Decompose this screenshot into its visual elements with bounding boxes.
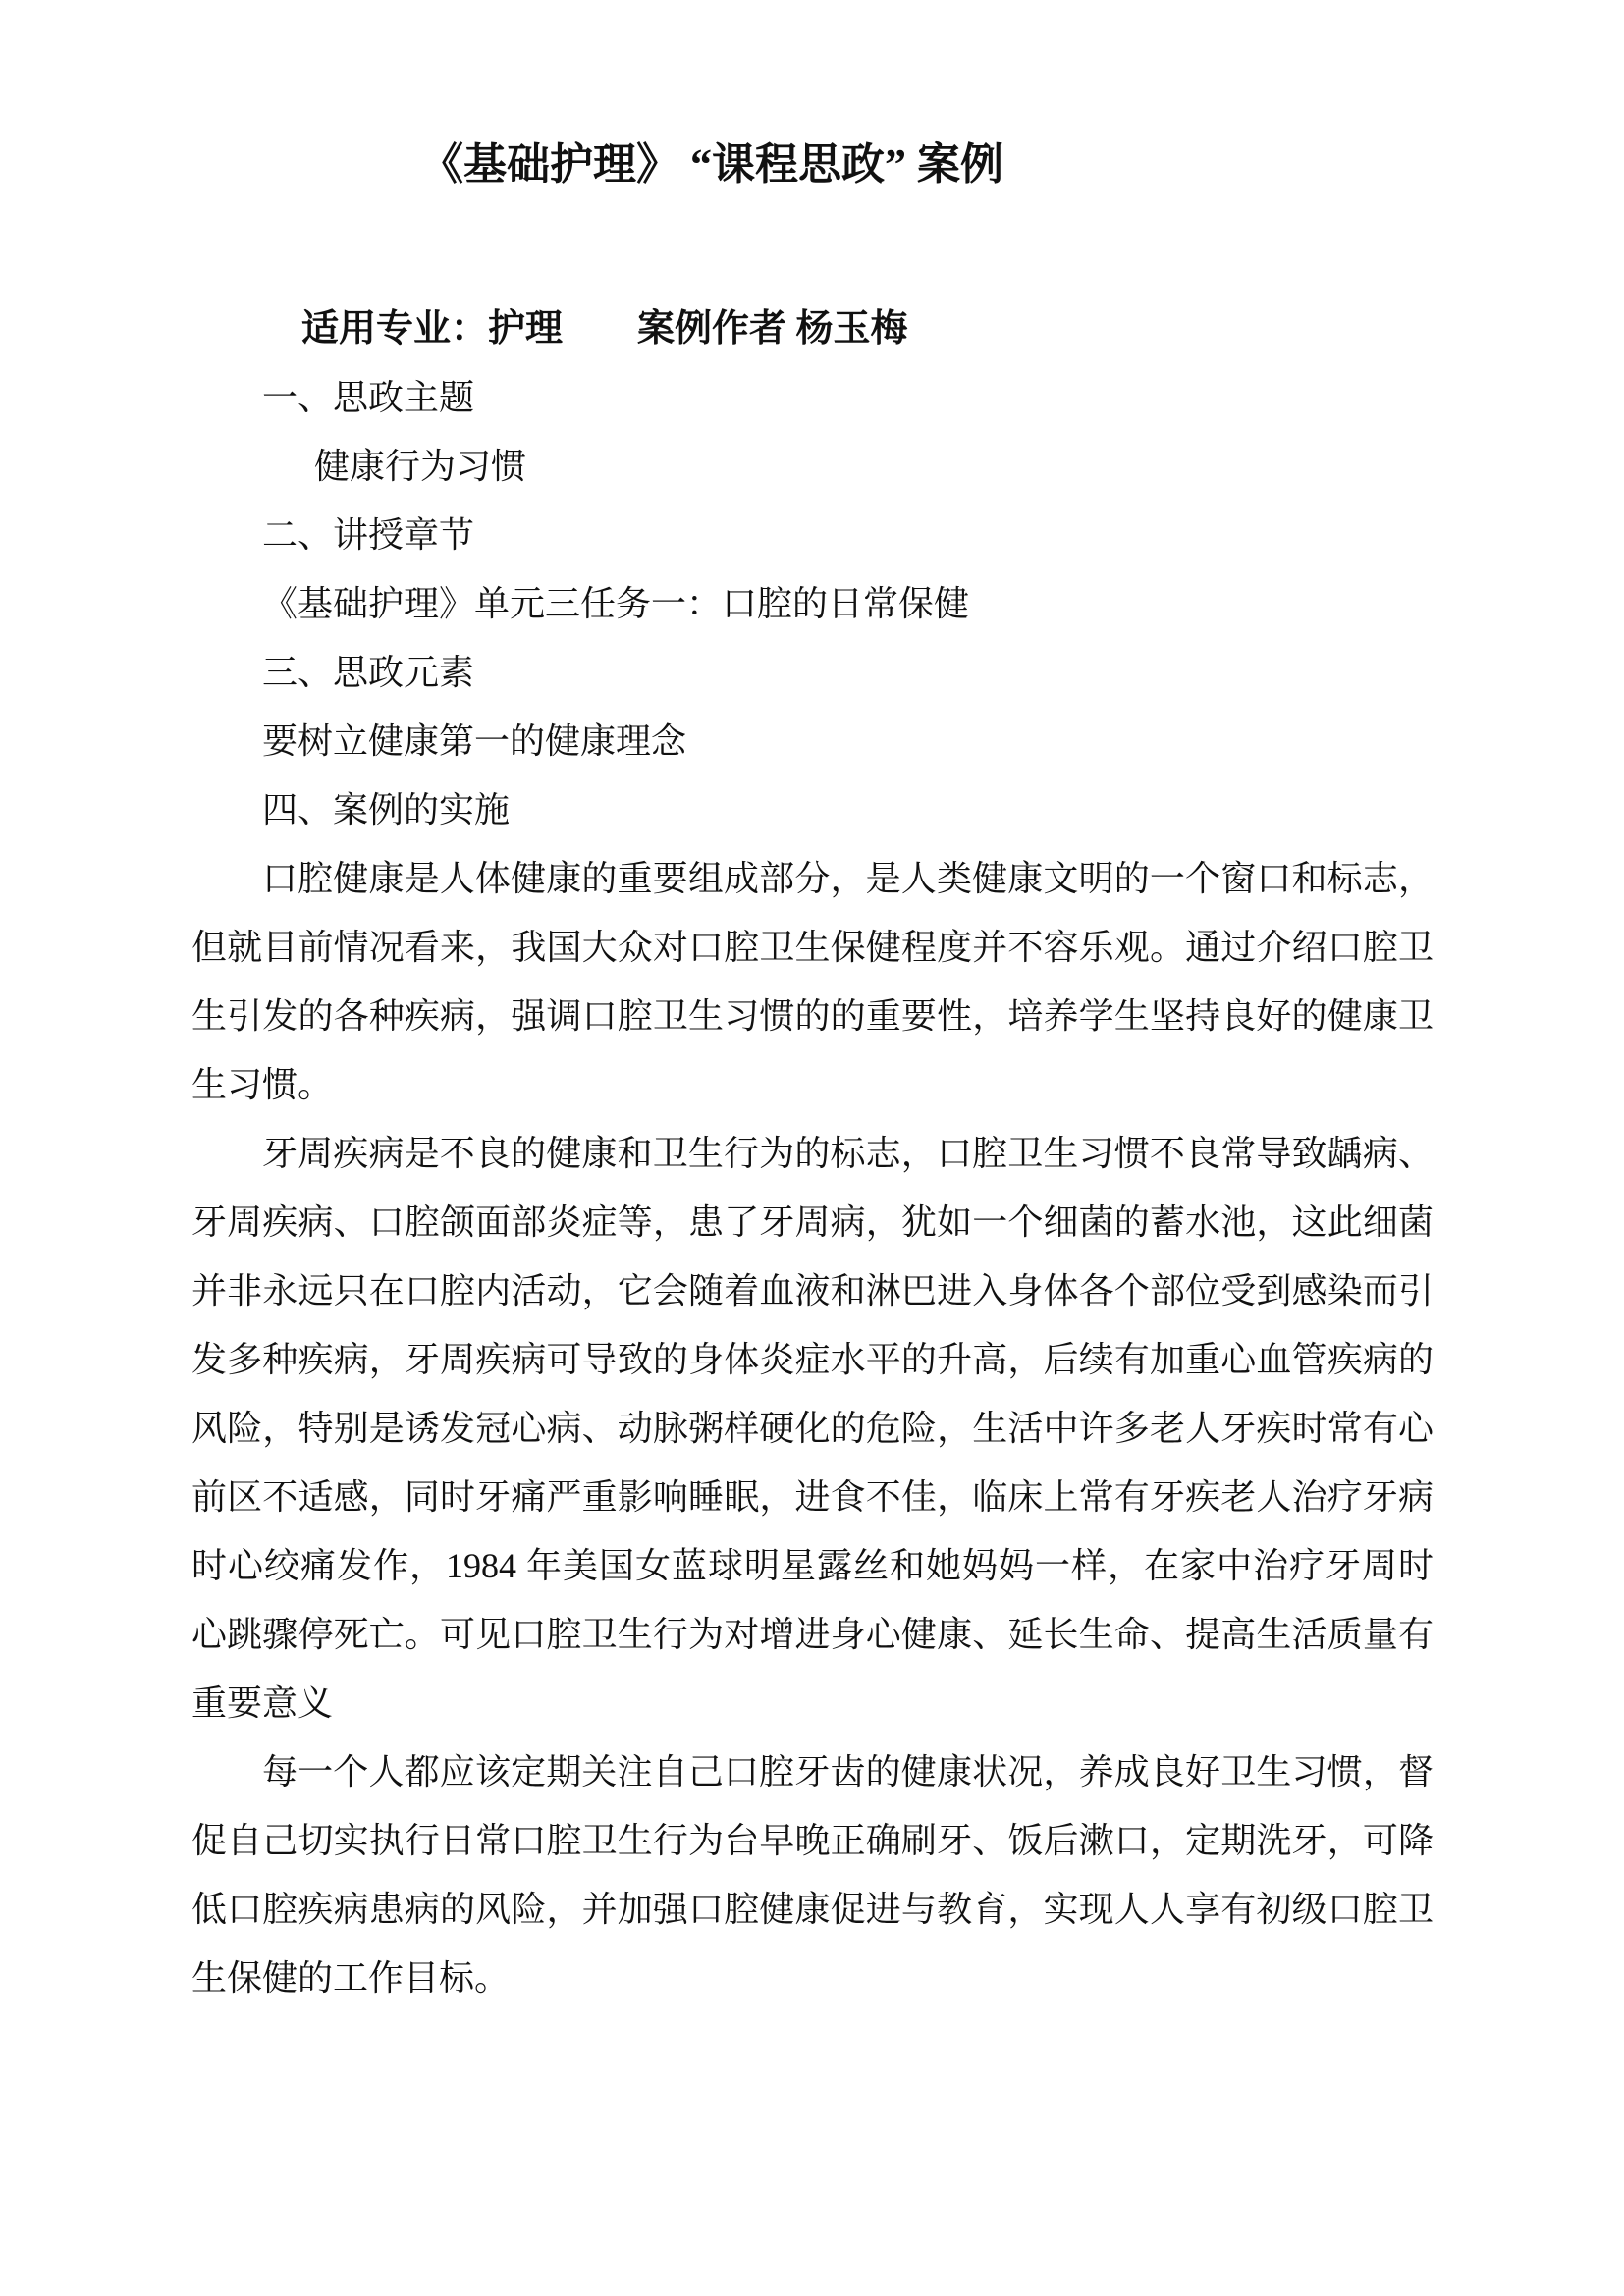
- paragraph-2-line: 时心绞痛发作，1984 年美国女蓝球明星露丝和她妈妈一样，在家中治疗牙周时: [191, 1531, 1434, 1600]
- paragraph-3-line: 每一个人都应该定期关注自己口腔牙齿的健康状况，养成良好卫生习惯，督: [191, 1737, 1434, 1806]
- section-3-content: 要树立健康第一的健康理念: [191, 707, 1434, 775]
- paragraph-2-line: 重要意义: [191, 1669, 1434, 1737]
- document-content: 《基础护理》 “课程思政” 案例 适用专业：护理 案例作者 杨玉梅 一、思政主题…: [191, 0, 1434, 2012]
- paragraph-2-line: 风险，特别是诱发冠心病、动脉粥样硬化的危险，生活中许多老人牙疾时常有心: [191, 1394, 1434, 1463]
- paragraph-3-line: 低口腔疾病患病的风险，并加强口腔健康促进与教育，实现人人享有初级口腔卫: [191, 1875, 1434, 1944]
- document-title: 《基础护理》 “课程思政” 案例: [191, 0, 1232, 190]
- paragraph-1-line: 但就目前情况看来，我国大众对口腔卫生保健程度并不容乐观。通过介绍口腔卫: [191, 913, 1434, 982]
- section-heading-1: 一、思政主题: [191, 363, 1434, 432]
- document-page: 《基础护理》 “课程思政” 案例 适用专业：护理 案例作者 杨玉梅 一、思政主题…: [0, 0, 1624, 2296]
- paragraph-3-line: 生保健的工作目标。: [191, 1944, 1434, 2012]
- paragraph-2-line: 牙周疾病是不良的健康和卫生行为的标志，口腔卫生习惯不良常导致龋病、: [191, 1119, 1434, 1188]
- section-heading-3: 三、思政元素: [191, 638, 1434, 707]
- paragraph-1-line: 生习惯。: [191, 1050, 1434, 1119]
- byline: 适用专业：护理 案例作者 杨玉梅: [191, 294, 1434, 363]
- section-heading-4: 四、案例的实施: [191, 775, 1434, 844]
- paragraph-2-line: 心跳骤停死亡。可见口腔卫生行为对增进身心健康、延长生命、提高生活质量有: [191, 1600, 1434, 1669]
- section-heading-2: 二、讲授章节: [191, 501, 1434, 569]
- paragraph-1-line: 生引发的各种疾病，强调口腔卫生习惯的的重要性，培养学生坚持良好的健康卫: [191, 982, 1434, 1050]
- paragraph-2-line: 前区不适感，同时牙痛严重影响睡眠，进食不佳，临床上常有牙疾老人治疗牙病: [191, 1463, 1434, 1531]
- paragraph-2-line: 发多种疾病，牙周疾病可导致的身体炎症水平的升高，后续有加重心血管疾病的: [191, 1325, 1434, 1394]
- section-2-content: 《基础护理》单元三任务一：口腔的日常保健: [191, 569, 1434, 638]
- paragraph-1-line: 口腔健康是人体健康的重要组成部分，是人类健康文明的一个窗口和标志，: [191, 844, 1434, 913]
- paragraph-3-line: 促自己切实执行日常口腔卫生行为台早晚正确刷牙、饭后漱口，定期洗牙，可降: [191, 1806, 1434, 1875]
- paragraph-2-line: 并非永远只在口腔内活动，它会随着血液和淋巴进入身体各个部位受到感染而引: [191, 1256, 1434, 1325]
- paragraph-2-line: 牙周疾病、口腔颌面部炎症等，患了牙周病，犹如一个细菌的蓄水池，这此细菌: [191, 1188, 1434, 1256]
- section-1-content: 健康行为习惯: [191, 432, 1434, 501]
